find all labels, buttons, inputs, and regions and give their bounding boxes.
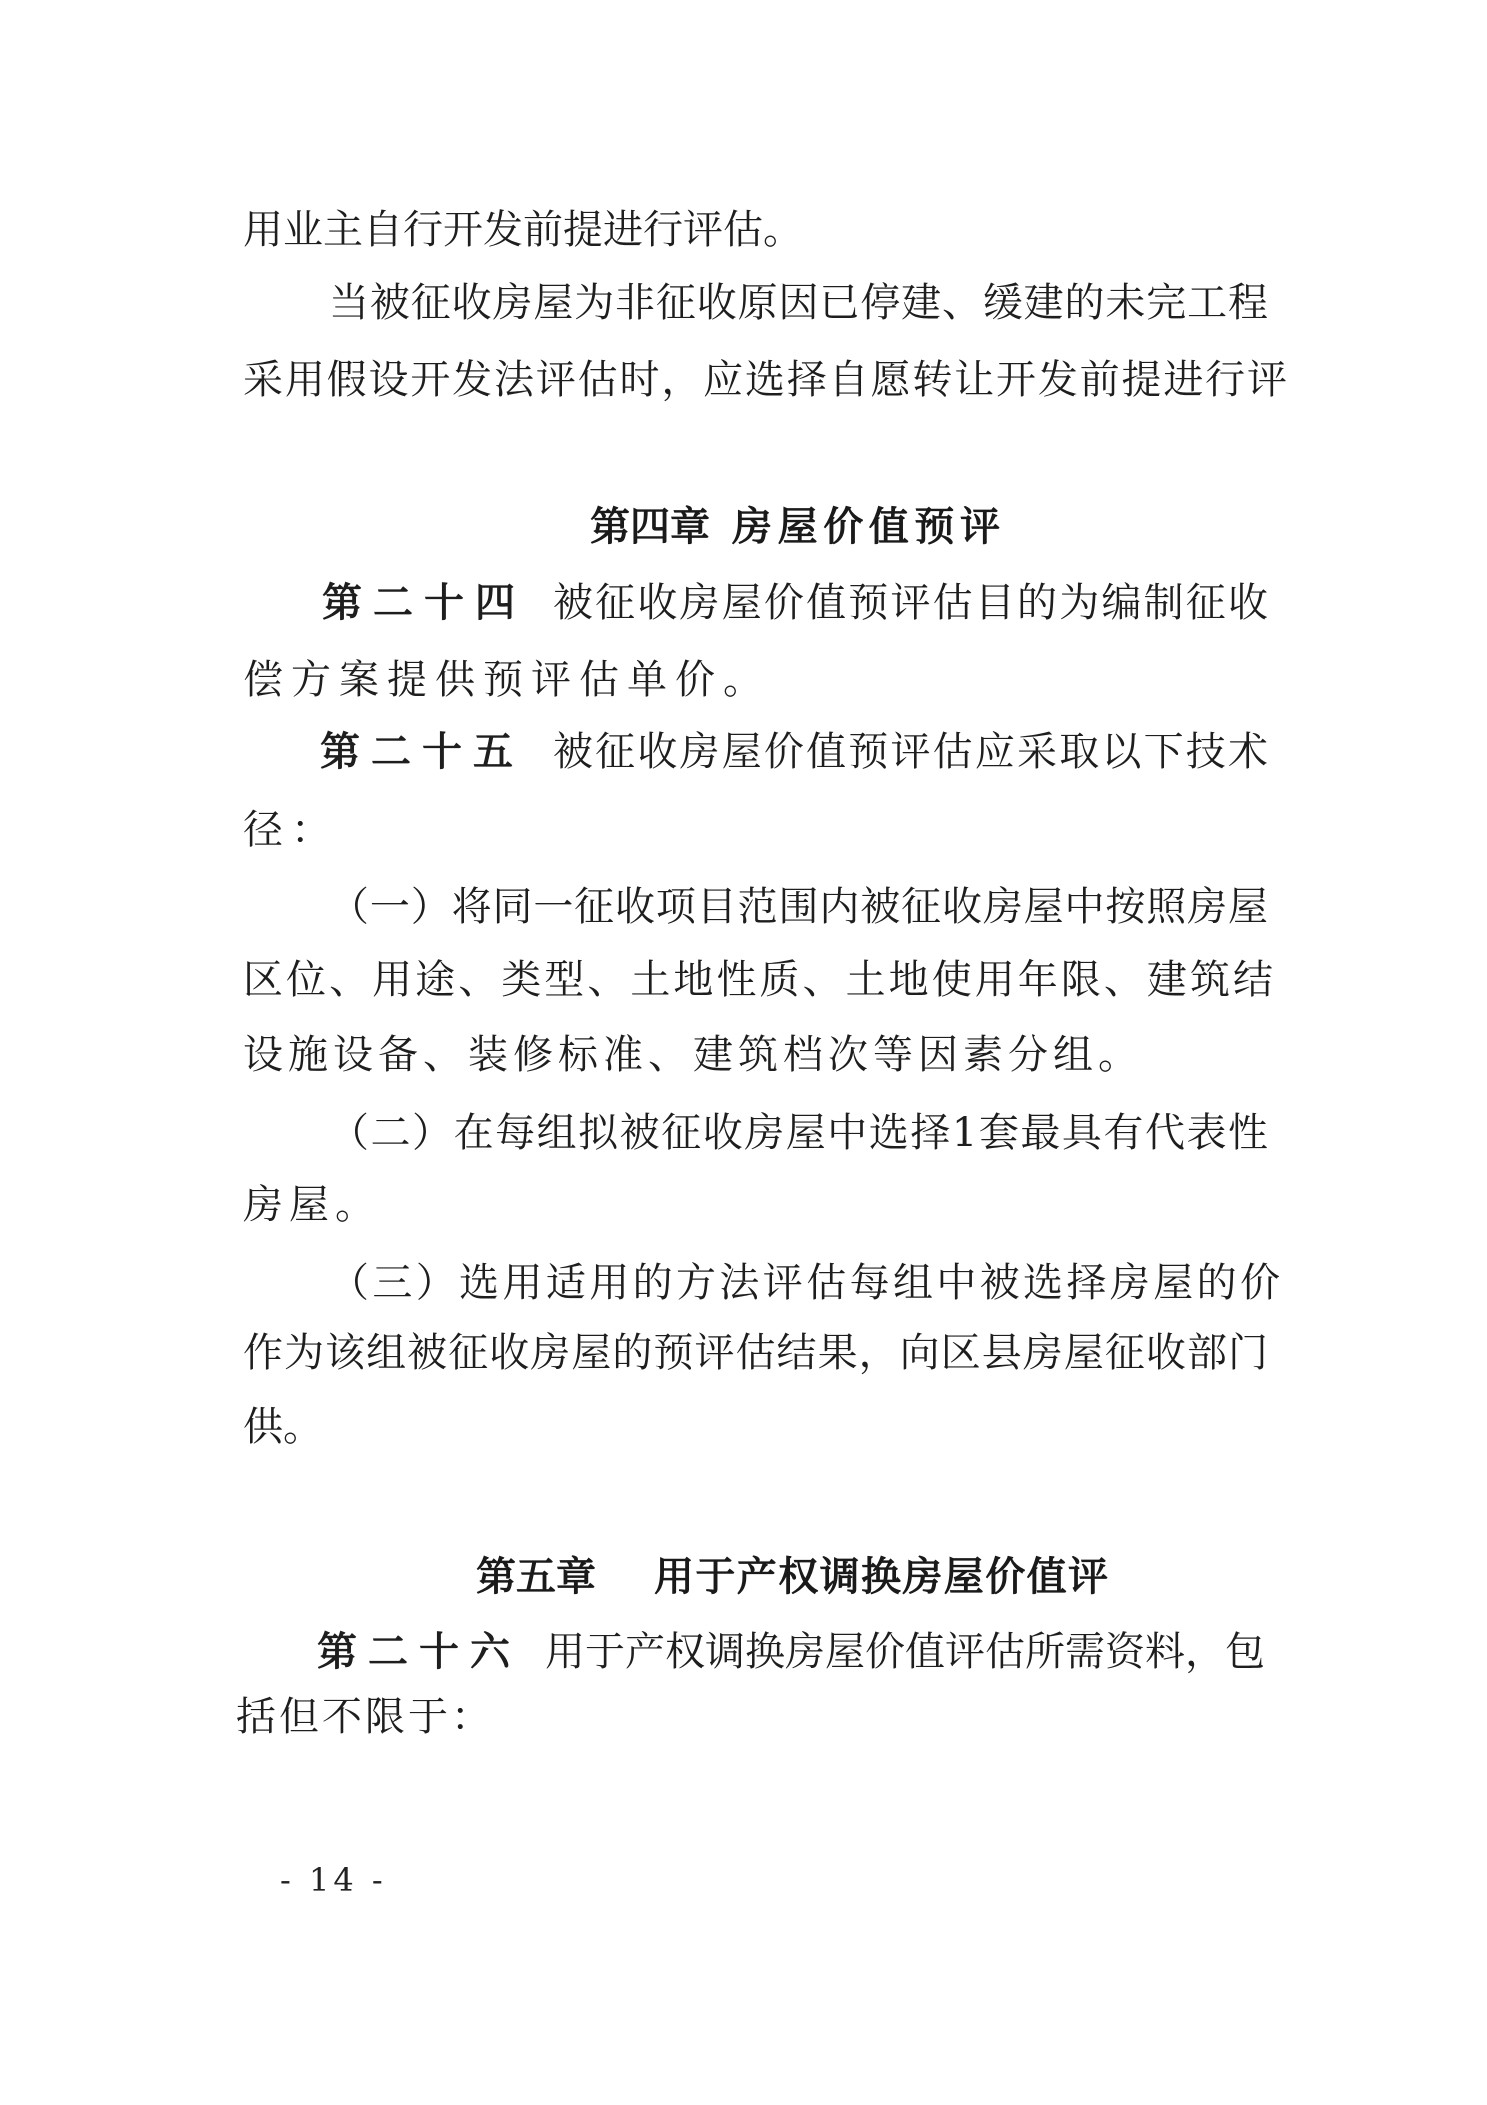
list-item-text: 作为该组被征收房屋的预评估结果，向区县房屋征收部门提 xyxy=(243,1323,1268,1383)
paragraph-text: 采用假设开发法评估时，应选择自愿转让开发前提进行评估。 xyxy=(243,350,1287,410)
paragraph-line: 偿方案提供预评估单价。 xyxy=(243,650,771,710)
article-label: 第二十四条 xyxy=(322,573,515,633)
article-text: 被征收房屋价值预评估应采取以下技术路 xyxy=(553,722,1268,782)
paragraph-line: 用业主自行开发前提进行评估。 xyxy=(243,200,803,260)
paragraph-line: 括但不限于： xyxy=(236,1687,494,1747)
chapter-heading: 第四章 房屋价值预评估 xyxy=(590,497,1000,557)
list-item-line: 设施设备、装修标准、建筑档次等因素分组。 xyxy=(243,1025,1143,1085)
list-item-text: 区位、用途、类型、土地性质、土地使用年限、建筑结构、 xyxy=(243,950,1273,1010)
list-item-text: （二）在每组拟被征收房屋中选择1套最具有代表性的 xyxy=(329,1103,1268,1163)
list-item-line: （三）选用适用的方法评估每组中被选择房屋的价格， xyxy=(329,1253,1280,1313)
page-number: - 14 - xyxy=(280,1860,387,1900)
article-label: 第二十六条 xyxy=(317,1622,510,1682)
list-item-text: （三）选用适用的方法评估每组中被选择房屋的价格， xyxy=(329,1253,1280,1313)
list-item-line: （一）将同一征收项目范围内被征收房屋中按照房屋的 xyxy=(329,877,1268,937)
paragraph-line: 径： xyxy=(243,800,339,860)
paragraph-line: 采用假设开发法评估时，应选择自愿转让开发前提进行评估。 xyxy=(243,350,1287,410)
chapter-number: 第五章 xyxy=(476,1547,596,1607)
list-item-line: 作为该组被征收房屋的预评估结果，向区县房屋征收部门提 xyxy=(243,1323,1268,1383)
article-label: 第二十五条 xyxy=(320,722,513,782)
chapter-heading: 第五章 用于产权调换房屋价值评估 xyxy=(476,1547,1108,1607)
article-text: 被征收房屋价值预评估目的为编制征收补 xyxy=(553,573,1268,633)
paragraph-line: 当被征收房屋为非征收原因已停建、缓建的未完工程且 xyxy=(329,273,1268,333)
list-item-line: 供。 xyxy=(243,1397,323,1457)
list-item-line: （二）在每组拟被征收房屋中选择1套最具有代表性的 xyxy=(329,1103,1268,1163)
paragraph-text: 当被征收房屋为非征收原因已停建、缓建的未完工程且 xyxy=(329,273,1268,333)
chapter-title: 用于产权调换房屋价值评估 xyxy=(654,1547,1108,1607)
list-item-line: 区位、用途、类型、土地性质、土地使用年限、建筑结构、 xyxy=(243,950,1273,1010)
list-item-line: 房屋。 xyxy=(243,1175,381,1235)
article-line: 第二十六条 用于产权调换房屋价值评估所需资料，包 xyxy=(317,1622,1265,1682)
document-page: 用业主自行开发前提进行评估。 当被征收房屋为非征收原因已停建、缓建的未完工程且 … xyxy=(0,0,1487,2105)
chapter-number: 第四章 xyxy=(590,497,710,557)
article-text: 用于产权调换房屋价值评估所需资料，包 xyxy=(545,1622,1265,1682)
article-line: 第二十五条 被征收房屋价值预评估应采取以下技术路 xyxy=(320,722,1268,782)
chapter-title: 房屋价值预评估 xyxy=(732,497,1000,557)
list-item-text: （一）将同一征收项目范围内被征收房屋中按照房屋的 xyxy=(329,877,1268,937)
article-line: 第二十四条 被征收房屋价值预评估目的为编制征收补 xyxy=(322,573,1268,633)
